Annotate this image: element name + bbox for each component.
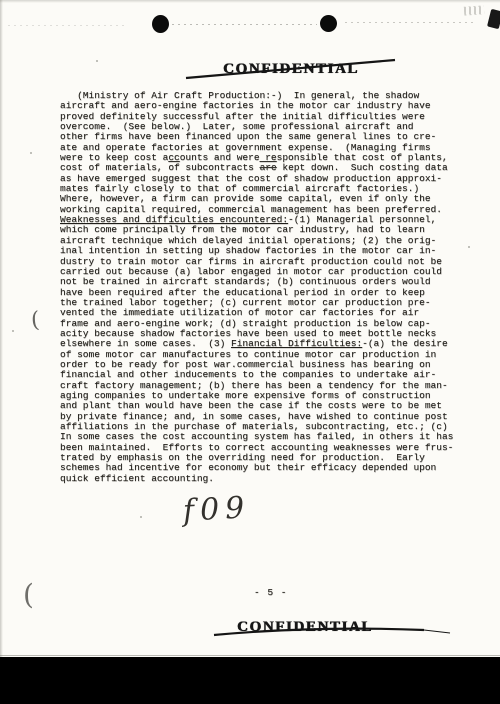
confidential-stamp-bottom: CONFIDENTIAL (237, 619, 373, 635)
line-segment: kept down. Such costing data (277, 162, 448, 173)
line-segment: cost of materials, (60, 162, 168, 173)
body-text: (Ministry of Air Craft Production:-) In … (60, 91, 453, 484)
hole-punch-dot-left (152, 15, 169, 33)
handwritten-note: f09 (182, 490, 251, 528)
confidential-stamp-top: CONFIDENTIAL (223, 61, 359, 77)
scan-artifact-line (345, 22, 473, 23)
scan-artifact-corner-mark (487, 9, 500, 29)
page-number: - 5 - (254, 587, 288, 598)
underlined-heading: Weaknesses and difficulties encountered: (60, 214, 288, 225)
line-segment: -(1) Managerial personnel, (288, 214, 436, 225)
line-segment: -(a) the desire (362, 338, 448, 349)
line-segment: subcontracts (180, 162, 260, 173)
scan-artifact-speck (96, 60, 98, 62)
annotated-word: of (168, 162, 179, 173)
hole-punch-dot-right (320, 15, 337, 32)
line-segment: elsewhere in some cases. (3) (60, 338, 231, 349)
scan-artifact-line (8, 25, 128, 26)
scan-artifact-smudge (464, 5, 485, 15)
scan-artifact-speck (140, 516, 142, 518)
margin-mark-paren-top: ( (30, 308, 40, 334)
redaction-band (0, 657, 500, 704)
document-line: inal intention in setting up shadow fact… (60, 246, 453, 256)
scan-artifact-speck (12, 330, 14, 332)
scan-edge-above-band (0, 655, 500, 656)
scanned-document-page: CONFIDENTIAL (Ministry of Air Craft Prod… (0, 0, 500, 704)
document-line: not be trained in aircraft standards; (b… (60, 277, 453, 287)
scan-edge-top (0, 0, 500, 3)
scan-artifact-speck (468, 246, 470, 248)
document-line: vented the immediate utilization of moto… (60, 308, 453, 318)
strike-line-bottom-tail (424, 630, 450, 633)
scan-edge-left (0, 0, 3, 704)
document-line: quick efficient accounting. (60, 474, 453, 484)
scan-artifact-line (172, 24, 317, 25)
scan-artifact-speck (30, 152, 32, 154)
underlined-heading: Financial Difficulties: (231, 338, 362, 349)
struck-word: are (260, 162, 277, 173)
margin-mark-paren-bottom: ( (23, 578, 34, 611)
